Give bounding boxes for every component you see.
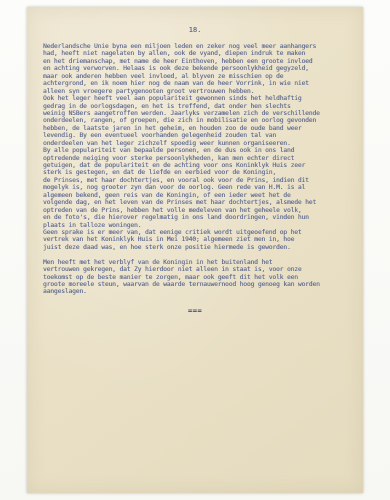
text-line: Men heeft met het verblyf van de Koningi…: [43, 259, 359, 266]
document-page: 18. Nederlandsche Unie byna een miljoen …: [27, 7, 363, 493]
text-line: groote moreele steun, waarvan de waarde …: [43, 281, 359, 288]
text-line: weinig NSBers aangetroffen werden. Jaarl…: [43, 110, 359, 117]
text-line: maar ook anderen hebben veel invloed, al…: [43, 73, 359, 80]
text-line: levendig. By een eventueel voorhanden ge…: [43, 132, 359, 139]
text-line: vertrouwen gekregen, dat Zy hierdoor nie…: [43, 266, 359, 273]
text-line: juist deze daad was, en hoe sterk onze p…: [43, 244, 359, 251]
text-line: onderdeelen, rangen, of groepen, die zic…: [43, 117, 359, 124]
text-line: Ook het leger heeft veel aan popularitei…: [43, 95, 359, 102]
text-line: toekomst op de beste manier te zorgen, m…: [43, 274, 359, 281]
text-line: optredende neiging voor sterke persoonly…: [43, 155, 359, 162]
text-line: [43, 251, 359, 258]
text-line: sterk is gestegen, en dat de liefde en e…: [43, 169, 359, 176]
text-line: volgende dag, en het leven van de Prinse…: [43, 199, 359, 206]
text-line: achtergrond, en ik noem hier nog de naam…: [43, 80, 359, 87]
text-line: onderdeelen van het leger zichzelf spoed…: [43, 140, 359, 147]
text-line: plaats in talloze woningen.: [43, 222, 359, 229]
text-line: hebben, de laatste jaren in het geheim, …: [43, 125, 359, 132]
text-line: By alle populariteit van bepaalde person…: [43, 147, 359, 154]
text-line: gedrag in de oorlogsdagen, en het is tre…: [43, 103, 359, 110]
text-line: de Prinses, met haar dochtertjes, en voo…: [43, 177, 359, 184]
text-line: aangeslagen.: [43, 288, 359, 295]
end-of-document-mark: ===: [27, 307, 363, 315]
text-line: en de foto's, die hierover regelmatig in…: [43, 214, 359, 221]
text-line: en het driemanschap, met name de heer Ei…: [43, 58, 359, 65]
text-line: algemeen bekend, geen reis van de Koning…: [43, 192, 359, 199]
text-line: Nederlandsche Unie byna een miljoen lede…: [43, 43, 359, 50]
text-line: optreden van de Prins, hebben het volle …: [43, 207, 359, 214]
text-line: Geen sprake is er meer van, dat eenige c…: [43, 229, 359, 236]
text-line: had, heeft niet nagelaten by allen, ook …: [43, 50, 359, 57]
text-line: en achting verworven. Helaas is ook deze…: [43, 65, 359, 72]
text-line: mogelyk is, nog grooter zyn dan voor de …: [43, 184, 359, 191]
document-text: Nederlandsche Unie byna een miljoen lede…: [43, 43, 359, 296]
text-line: getuigen, dat de populariteit en de acht…: [43, 162, 359, 169]
page-number: 18.: [27, 26, 363, 34]
text-line: alleen syn vroegere partygenooten groot …: [43, 88, 359, 95]
text-line: vertrek van het Koninklyk Huis in Mei 19…: [43, 236, 359, 243]
